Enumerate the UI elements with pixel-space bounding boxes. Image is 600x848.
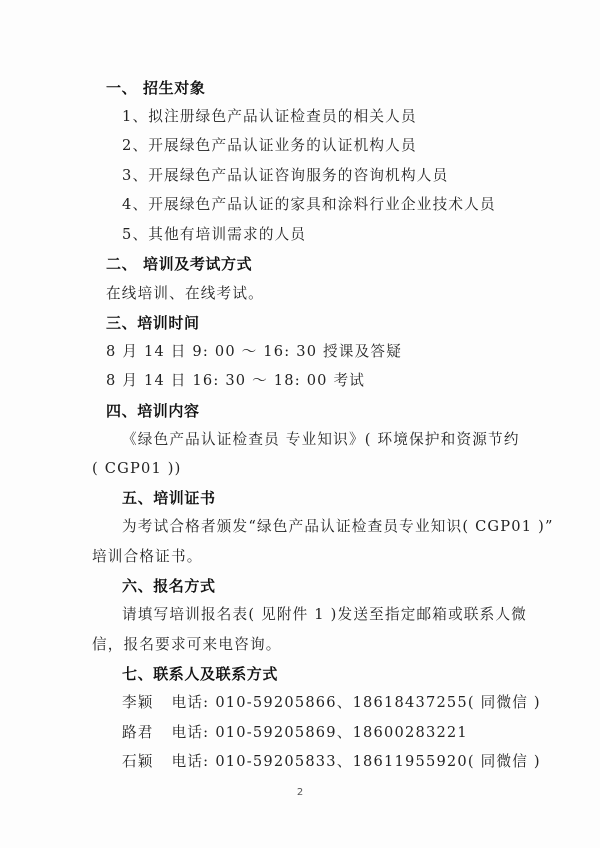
wechat-note: ( 同微信 )	[468, 753, 541, 770]
contact-name: 石颖	[122, 753, 154, 770]
list-item: 2、开展绿色产品认证业务的认证机构人员	[122, 136, 417, 156]
paragraph-line: 请填写培训报名表( 见附件 1 )发送至指定邮箱或联系人微	[122, 605, 527, 625]
contact-phones: 010-59205869、18600283221	[215, 724, 468, 741]
contact-name: 李颖	[122, 694, 154, 711]
phone-label: 电话:	[172, 753, 210, 770]
contact-row: 路君电话:010-59205869、18600283221	[122, 723, 468, 743]
wechat-note: ( 同微信 )	[468, 694, 541, 711]
section-heading-training-time: 三、培训时间	[106, 313, 200, 333]
schedule-line: 8 月 14 日 9: 00 ～ 16: 30 授课及答疑	[106, 342, 402, 362]
list-item: 3、开展绿色产品认证咨询服务的咨询机构人员	[122, 166, 448, 186]
paragraph-line: ( CGP01 ))	[92, 459, 182, 479]
contact-phones: 010-59205833、18611955920	[215, 753, 468, 770]
list-item: 1、拟注册绿色产品认证检查员的相关人员	[122, 107, 417, 127]
paragraph-line: 在线培训、在线考试。	[106, 284, 264, 304]
paragraph-line: 培训合格证书。	[92, 547, 203, 567]
section-heading-training-certificate: 五、培训证书	[122, 488, 216, 508]
paragraph-line: 《绿色产品认证检查员 专业知识》( 环境保护和资源节约	[122, 430, 520, 450]
section-heading-contacts: 七、联系人及联系方式	[122, 664, 278, 684]
paragraph-line: 为考试合格者颁发“绿色产品认证检查员专业知识( CGP01 )”	[122, 517, 554, 537]
section-heading-registration-method: 六、报名方式	[122, 576, 216, 596]
contact-row: 李颖电话:010-59205866、18618437255( 同微信 )	[122, 693, 541, 713]
phone-label: 电话:	[172, 694, 210, 711]
list-item: 4、开展绿色产品认证的家具和涂料行业企业技术人员	[122, 195, 496, 215]
page-number: 2	[0, 787, 600, 798]
section-heading-training-exam-method: 二、 培训及考试方式	[106, 254, 252, 274]
phone-label: 电话:	[172, 724, 210, 741]
paragraph-line: 信，报名要求可来电咨询。	[92, 635, 282, 655]
document-page: 一、 招生对象 1、拟注册绿色产品认证检查员的相关人员 2、开展绿色产品认证业务…	[0, 0, 600, 848]
section-heading-training-content: 四、培训内容	[106, 401, 200, 421]
list-item: 5、其他有培训需求的人员	[122, 225, 306, 245]
contact-name: 路君	[122, 724, 154, 741]
section-heading-enrollment-target: 一、 招生对象	[106, 78, 205, 98]
contact-phones: 010-59205866、18618437255	[215, 694, 468, 711]
schedule-line: 8 月 14 日 16: 30 ～ 18: 00 考试	[106, 371, 365, 391]
contact-row: 石颖电话:010-59205833、18611955920( 同微信 )	[122, 752, 541, 772]
